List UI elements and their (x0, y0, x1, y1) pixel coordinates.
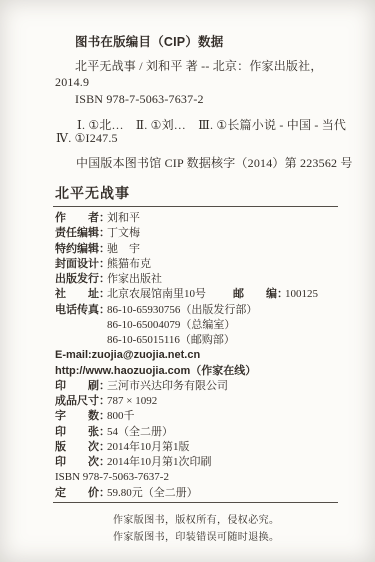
row-value: 2014年10月第1次印刷 (107, 456, 212, 468)
colophon-row: 86-10-65015116（邮购部） (55, 333, 365, 348)
row-value: 100125 (285, 288, 318, 300)
copyright-notice: 作家版图书，版权所有，侵权必究。 (113, 512, 279, 529)
row-label: 特约编辑 (55, 242, 99, 257)
row-value: 787 × 1092 (107, 395, 157, 407)
cip-isbn: ISBN 978-7-5063-7637-2 (75, 92, 204, 107)
row-label: 字 数 (55, 409, 99, 424)
row-value: 86-10-65015116（邮购部） (107, 334, 235, 346)
cip-record-number: 中国版本图书馆 CIP 数据核字（2014）第 223562 号 (76, 154, 353, 171)
row-label: 出版发行 (55, 272, 99, 287)
colophon-row: 成品尺寸：787 × 1092 (55, 394, 365, 409)
row-colon: ： (99, 409, 107, 424)
row-value: 刘和平 (107, 212, 140, 224)
row-colon: ： (99, 379, 107, 394)
row-label: 电话传真 (55, 303, 99, 318)
row-label: 印 张 (55, 425, 99, 440)
row-label: 邮 编 (233, 287, 277, 302)
copyright-page: 图书在版编目（CIP）数据 北平无战事 / 刘和平 著 -- 北京：作家出版社，… (0, 0, 375, 562)
notices: 作家版图书，版权所有，侵权必究。 作家版图书，印装错误可随时退换。 (113, 512, 279, 546)
colophon-row: 责任编辑：丁文梅 (55, 226, 365, 241)
colophon-row: 印 张：54（全二册） (55, 425, 365, 440)
cip-heading: 图书在版编目（CIP）数据 (75, 32, 223, 50)
row-value: 54（全二册） (107, 426, 173, 438)
colophon-row: 特约编辑：驰 宇 (55, 242, 365, 257)
colophon-row: 版 次：2014年10月第1版 (55, 440, 365, 455)
colophon-row: 封面设计：熊猫布克 (55, 257, 365, 272)
colophon-row: 社 址：北京农展馆南里10号邮 编：100125 (55, 287, 365, 302)
row-colon: ： (99, 440, 107, 455)
colophon-row: 作 者：刘和平 (55, 211, 365, 226)
colophon-rows: 作 者：刘和平责任编辑：丁文梅特约编辑：驰 宇封面设计：熊猫布克出版发行：作家出… (55, 211, 365, 501)
colophon-row: 电话传真：86-10-65930756（出版发行部） (55, 303, 365, 318)
row-label: 印 次 (55, 455, 99, 470)
row-value: 2014年10月第1版 (107, 441, 190, 453)
row-colon: ： (99, 394, 107, 409)
row-value: 作家出版社 (107, 273, 162, 285)
colophon-row: 字 数：800千 (55, 409, 365, 424)
colophon-row: 印 刷：三河市兴达印务有限公司 (55, 379, 365, 394)
row-colon: ： (99, 287, 107, 302)
row-colon: ： (99, 242, 107, 257)
divider-bottom (53, 502, 338, 503)
row-value: ISBN 978-7-5063-7637-2 (55, 471, 169, 483)
row-colon: ： (277, 287, 285, 302)
row-label: 定 价 (55, 486, 99, 501)
cip-description-line1: 北平无战事 / 刘和平 著 -- 北京：作家出版社， (75, 57, 323, 74)
row-value: 丁文梅 (107, 227, 140, 239)
divider-top (53, 206, 338, 207)
row-value: 800千 (107, 410, 135, 422)
row-value: E-mail:zuojia@zuojia.net.cn (55, 349, 200, 361)
colophon-row: 出版发行：作家出版社 (55, 272, 365, 287)
row-value: 三河市兴达印务有限公司 (107, 380, 228, 392)
row-value: 86-10-65930756（出版发行部） (107, 304, 257, 316)
cip-classification-line2: Ⅳ. ①I247.5 (56, 131, 118, 146)
colophon-row: E-mail:zuojia@zuojia.net.cn (55, 348, 365, 363)
row-label: 作 者 (55, 211, 99, 226)
row-second-pair: 邮 编：100125 (233, 287, 318, 302)
row-value: 驰 宇 (107, 243, 140, 255)
exchange-notice: 作家版图书，印装错误可随时退换。 (113, 529, 279, 546)
row-value: 熊猫布克 (107, 258, 151, 270)
book-title: 北平无战事 (55, 183, 130, 203)
row-colon: ： (99, 211, 107, 226)
cip-description-line2: 2014.9 (55, 75, 89, 90)
row-label: 成品尺寸 (55, 394, 99, 409)
row-value: 86-10-65004079（总编室） (107, 319, 235, 331)
row-label: 社 址 (55, 287, 99, 302)
row-colon: ： (99, 486, 107, 501)
colophon-row: 定 价：59.80元（全二册） (55, 486, 365, 501)
row-colon: ： (99, 272, 107, 287)
colophon-row: 印 次：2014年10月第1次印刷 (55, 455, 365, 470)
colophon-row: ISBN 978-7-5063-7637-2 (55, 470, 365, 485)
row-label: 印 刷 (55, 379, 99, 394)
colophon-row: http://www.haozuojia.com（作家在线） (55, 364, 365, 379)
colophon-row: 86-10-65004079（总编室） (55, 318, 365, 333)
row-label: 责任编辑 (55, 226, 99, 241)
row-colon: ： (99, 303, 107, 318)
row-label: 封面设计 (55, 257, 99, 272)
row-colon: ： (99, 257, 107, 272)
row-colon: ： (99, 425, 107, 440)
row-colon: ： (99, 455, 107, 470)
row-label: 版 次 (55, 440, 99, 455)
row-value: 59.80元（全二册） (107, 487, 198, 499)
row-value: http://www.haozuojia.com（作家在线） (55, 365, 256, 377)
row-value: 北京农展馆南里10号 (107, 288, 206, 300)
row-colon: ： (99, 226, 107, 241)
